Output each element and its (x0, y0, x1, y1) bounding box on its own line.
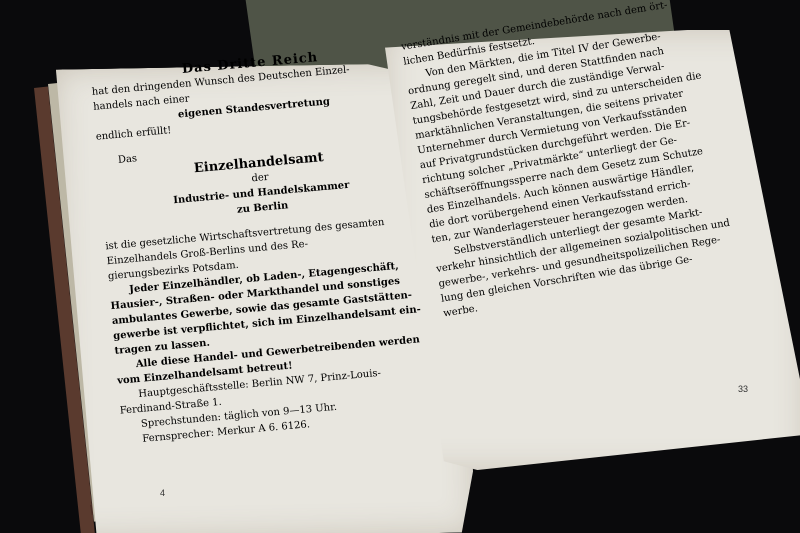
right-page-text: verständnis mit der Gemeindebehörde nach… (400, 0, 741, 321)
left-page-number: 4 (160, 488, 165, 498)
left-page-text: Das Dritte Reich hat den dringenden Wuns… (90, 42, 442, 448)
right-page-number: 33 (738, 384, 748, 394)
